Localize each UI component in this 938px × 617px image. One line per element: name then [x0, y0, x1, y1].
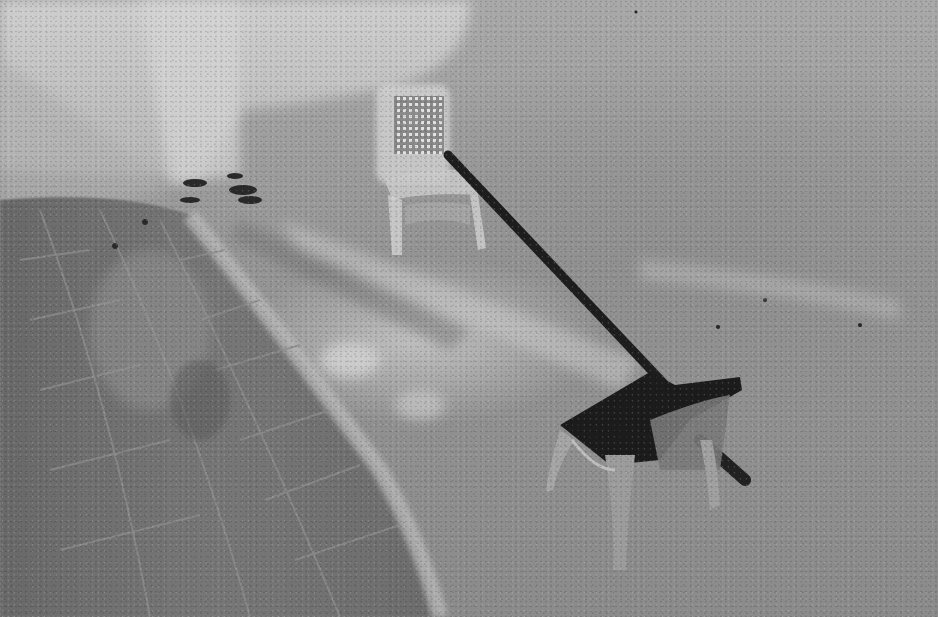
foreground-chair [546, 372, 742, 570]
scene-illustration [0, 0, 938, 617]
background-chair [376, 84, 486, 255]
photograph [0, 0, 938, 617]
